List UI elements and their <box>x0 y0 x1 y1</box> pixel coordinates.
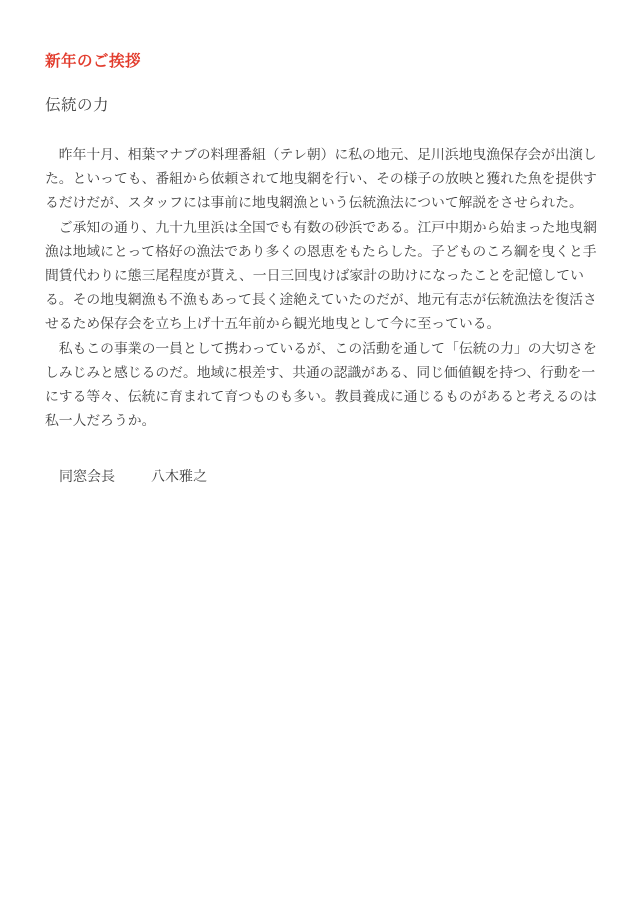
document-page: 新年のご挨拶 伝統の力 昨年十月、相葉マナブの料理番組（テレ朝）に私の地元、足川… <box>0 0 640 906</box>
paragraph-3: 私もこの事業の一員として携わっているが、この活動を通して「伝統の力」の大切さを … <box>45 337 602 434</box>
signature-name: 八木雅之 <box>151 470 207 485</box>
signature-line: 同窓会長八木雅之 <box>45 448 207 507</box>
paragraph-1: 昨年十月、相葉マナブの料理番組（テレ朝）に私の地元、足川浜地曳漁保存会が出演し … <box>45 143 602 216</box>
essay-body: 昨年十月、相葉マナブの料理番組（テレ朝）に私の地元、足川浜地曳漁保存会が出演し … <box>45 143 602 433</box>
greeting-title: 新年のご挨拶 <box>45 53 141 72</box>
paragraph-2: ご承知の通り、九十九里浜は全国でも有数の砂浜である。江戸中期から始まった地曳網 … <box>45 216 602 337</box>
signature-role: 同窓会長 <box>59 468 115 488</box>
essay-title: 伝統の力 <box>45 97 109 116</box>
